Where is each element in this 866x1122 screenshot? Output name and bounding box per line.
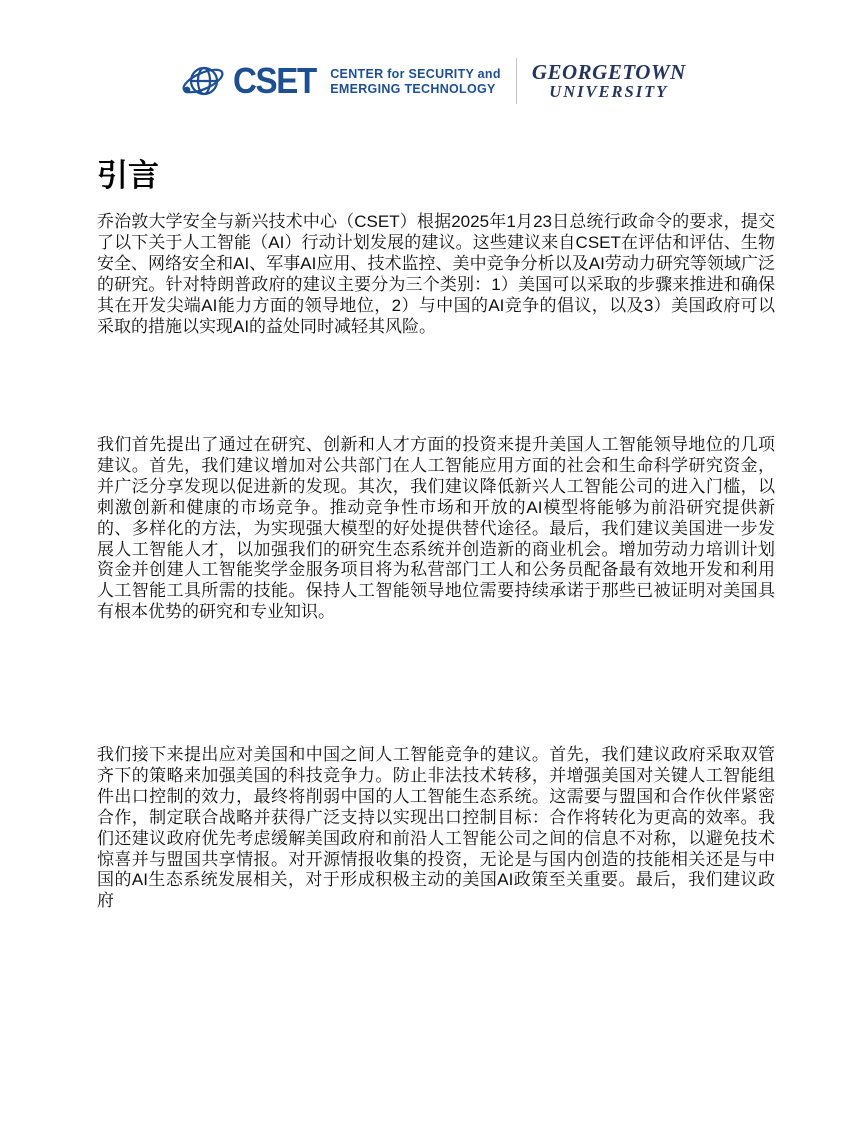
paragraph-intro: 乔治敦大学安全与新兴技术中心（CSET）根据2025年1月23日总统行政命令的要… [97, 212, 775, 337]
cset-name-line2: EMERGING TECHNOLOGY [330, 82, 495, 96]
globe-orbit-icon [180, 59, 226, 103]
cset-name: CENTER for SECURITY and EMERGING TECHNOL… [330, 65, 501, 97]
logo-divider [516, 58, 517, 104]
page-title: 引言 [97, 157, 159, 194]
cset-name-line1: CENTER for SECURITY and [330, 67, 501, 81]
paragraph-leadership-recommendations: 我们首先提出了通过在研究、创新和人才方面的投资来提升美国人工智能领导地位的几项建… [97, 435, 775, 623]
cset-acronym: CSET [233, 63, 316, 99]
paragraph-us-china-competition: 我们接下来提出应对美国和中国之间人工智能竞争的建议。首先，我们建议政府采取双管齐… [97, 745, 775, 912]
georgetown-logo: GEORGETOWN UNIVERSITY [532, 61, 686, 100]
document-header: CSET CENTER for SECURITY and EMERGING TE… [0, 58, 866, 104]
cset-logo: CSET CENTER for SECURITY and EMERGING TE… [180, 59, 501, 103]
georgetown-line2: UNIVERSITY [532, 83, 686, 100]
georgetown-line1: GEORGETOWN [532, 61, 686, 83]
